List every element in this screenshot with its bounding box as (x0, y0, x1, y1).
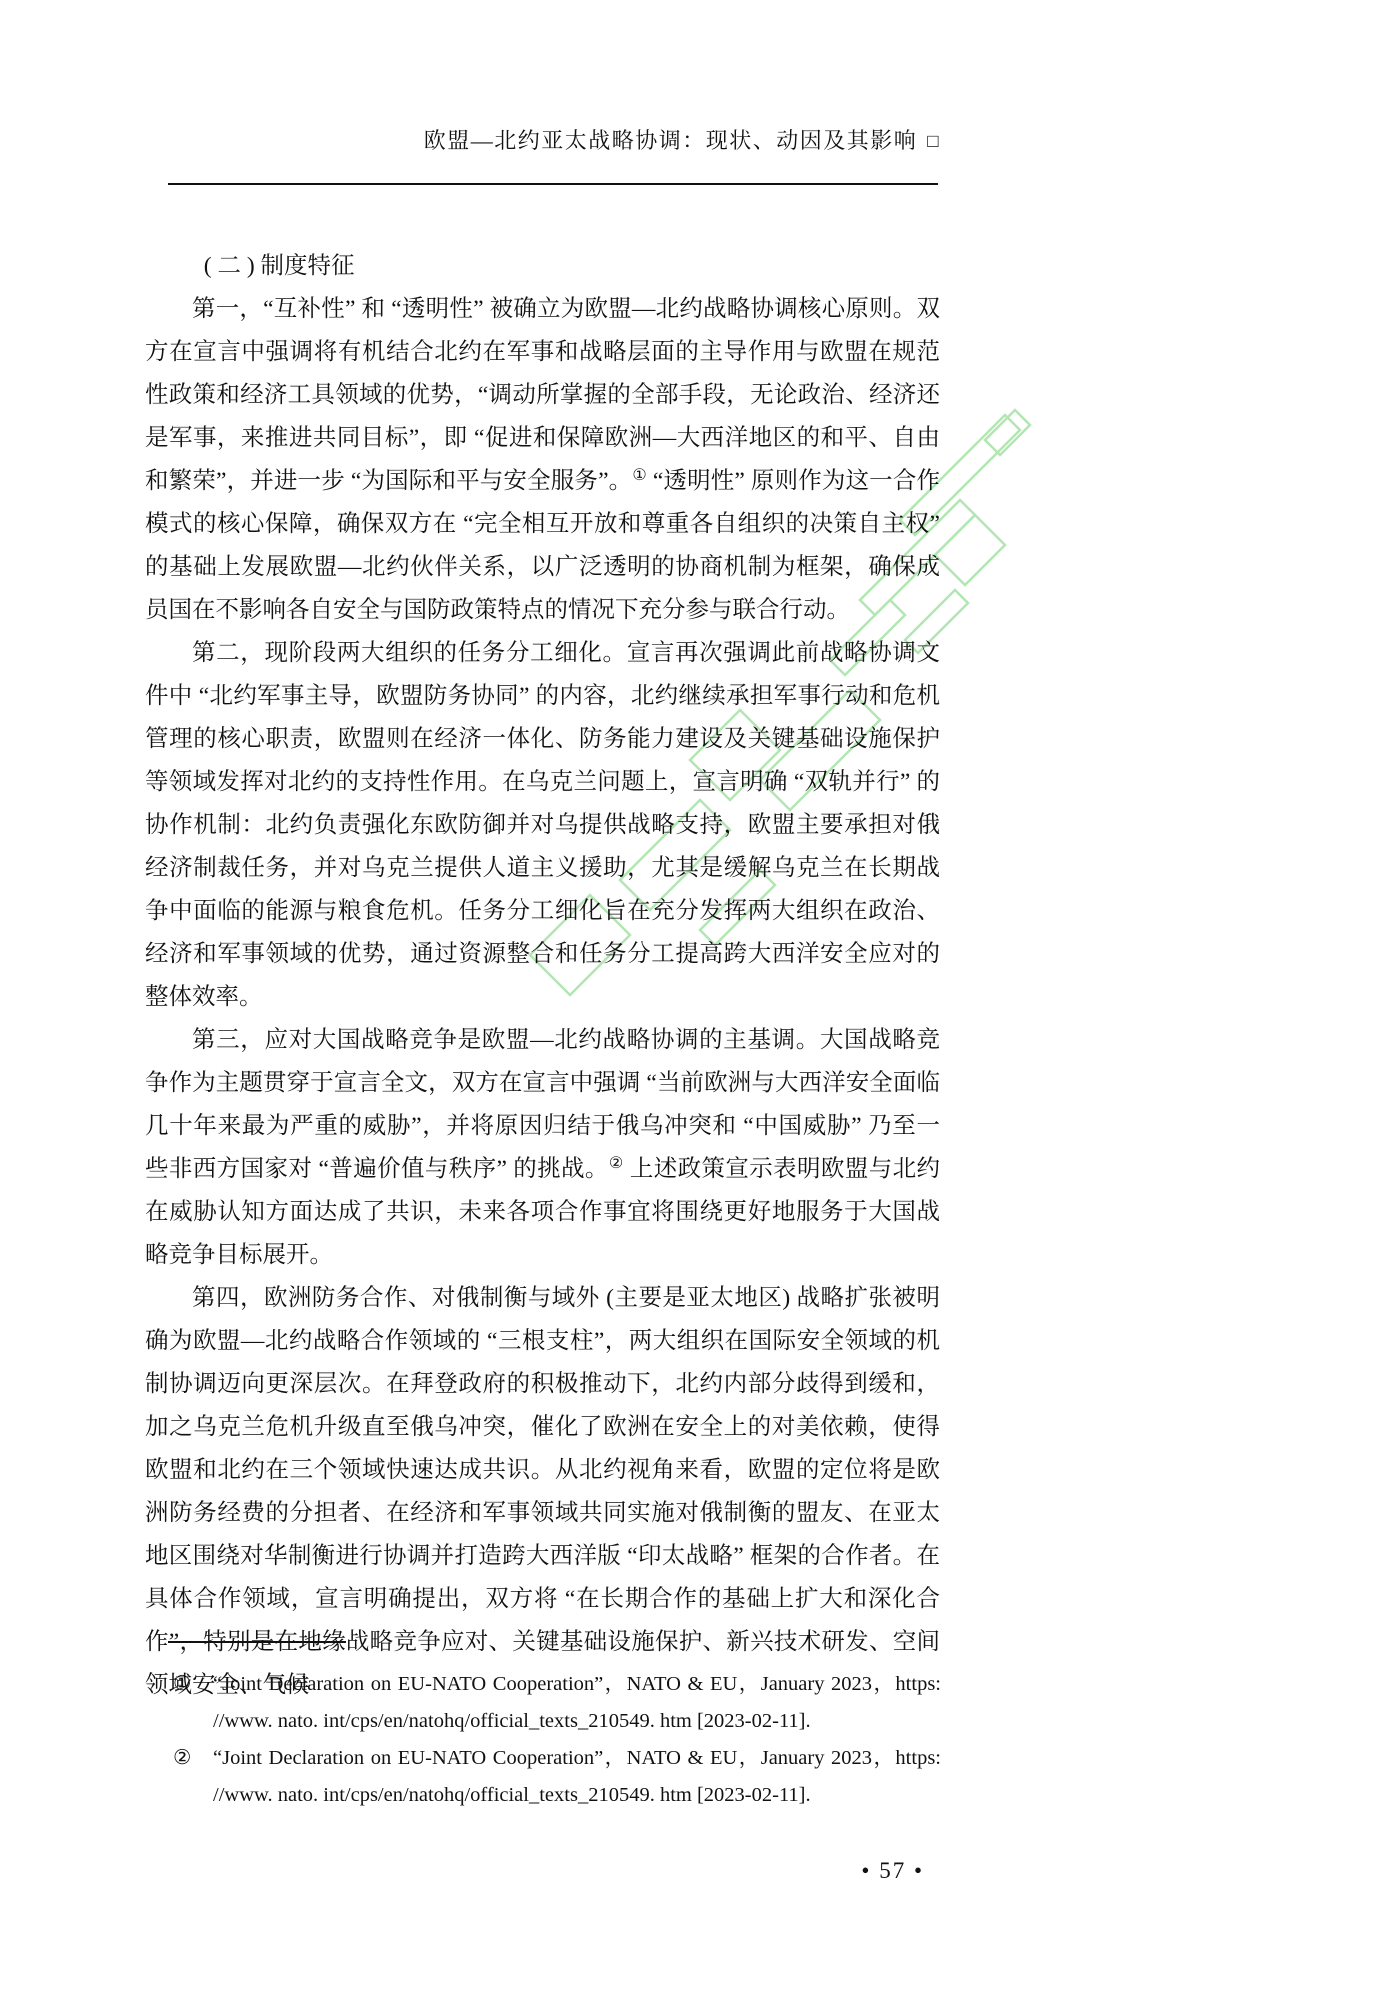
footnote-1: ① “Joint Declaration on EU-NATO Cooperat… (173, 1666, 941, 1740)
header-box-symbol: □ (927, 131, 940, 153)
paragraph-1: 第一，“互补性” 和 “透明性” 被确立为欧盟—北约战略协调核心原则。双方在宣言… (145, 288, 940, 632)
footnote-1-text: “Joint Declaration on EU-NATO Cooperatio… (213, 1666, 941, 1740)
paragraph-3: 第三，应对大国战略竞争是欧盟—北约战略协调的主基调。大国战略竞争作为主题贯穿于宣… (145, 1019, 940, 1277)
paragraph-2: 第二，现阶段两大组织的任务分工细化。宣言再次强调此前战略协调文件中 “北约军事主… (145, 632, 940, 1019)
footnote-2-marker: ② (173, 1740, 213, 1777)
header-divider (168, 183, 938, 185)
journal-page: 欧盟—北约亚太战略协调：现状、动因及其影响□ ( 二 ) 制度特征 第一，“互补… (0, 0, 1378, 2008)
running-head: 欧盟—北约亚太战略协调：现状、动因及其影响□ (145, 124, 940, 155)
footnote-divider (168, 1641, 346, 1643)
page-number: • 57 • (145, 1858, 940, 1884)
footnotes: ① “Joint Declaration on EU-NATO Cooperat… (173, 1666, 941, 1814)
running-head-title: 欧盟—北约亚太战略协调：现状、动因及其影响 (424, 128, 918, 153)
footnote-2-text: “Joint Declaration on EU-NATO Cooperatio… (213, 1740, 941, 1814)
section-heading: ( 二 ) 制度特征 (145, 245, 940, 288)
footnote-2: ② “Joint Declaration on EU-NATO Cooperat… (173, 1740, 941, 1814)
article-body: ( 二 ) 制度特征 第一，“互补性” 和 “透明性” 被确立为欧盟—北约战略协… (145, 245, 940, 1707)
footnote-1-marker: ① (173, 1666, 213, 1703)
